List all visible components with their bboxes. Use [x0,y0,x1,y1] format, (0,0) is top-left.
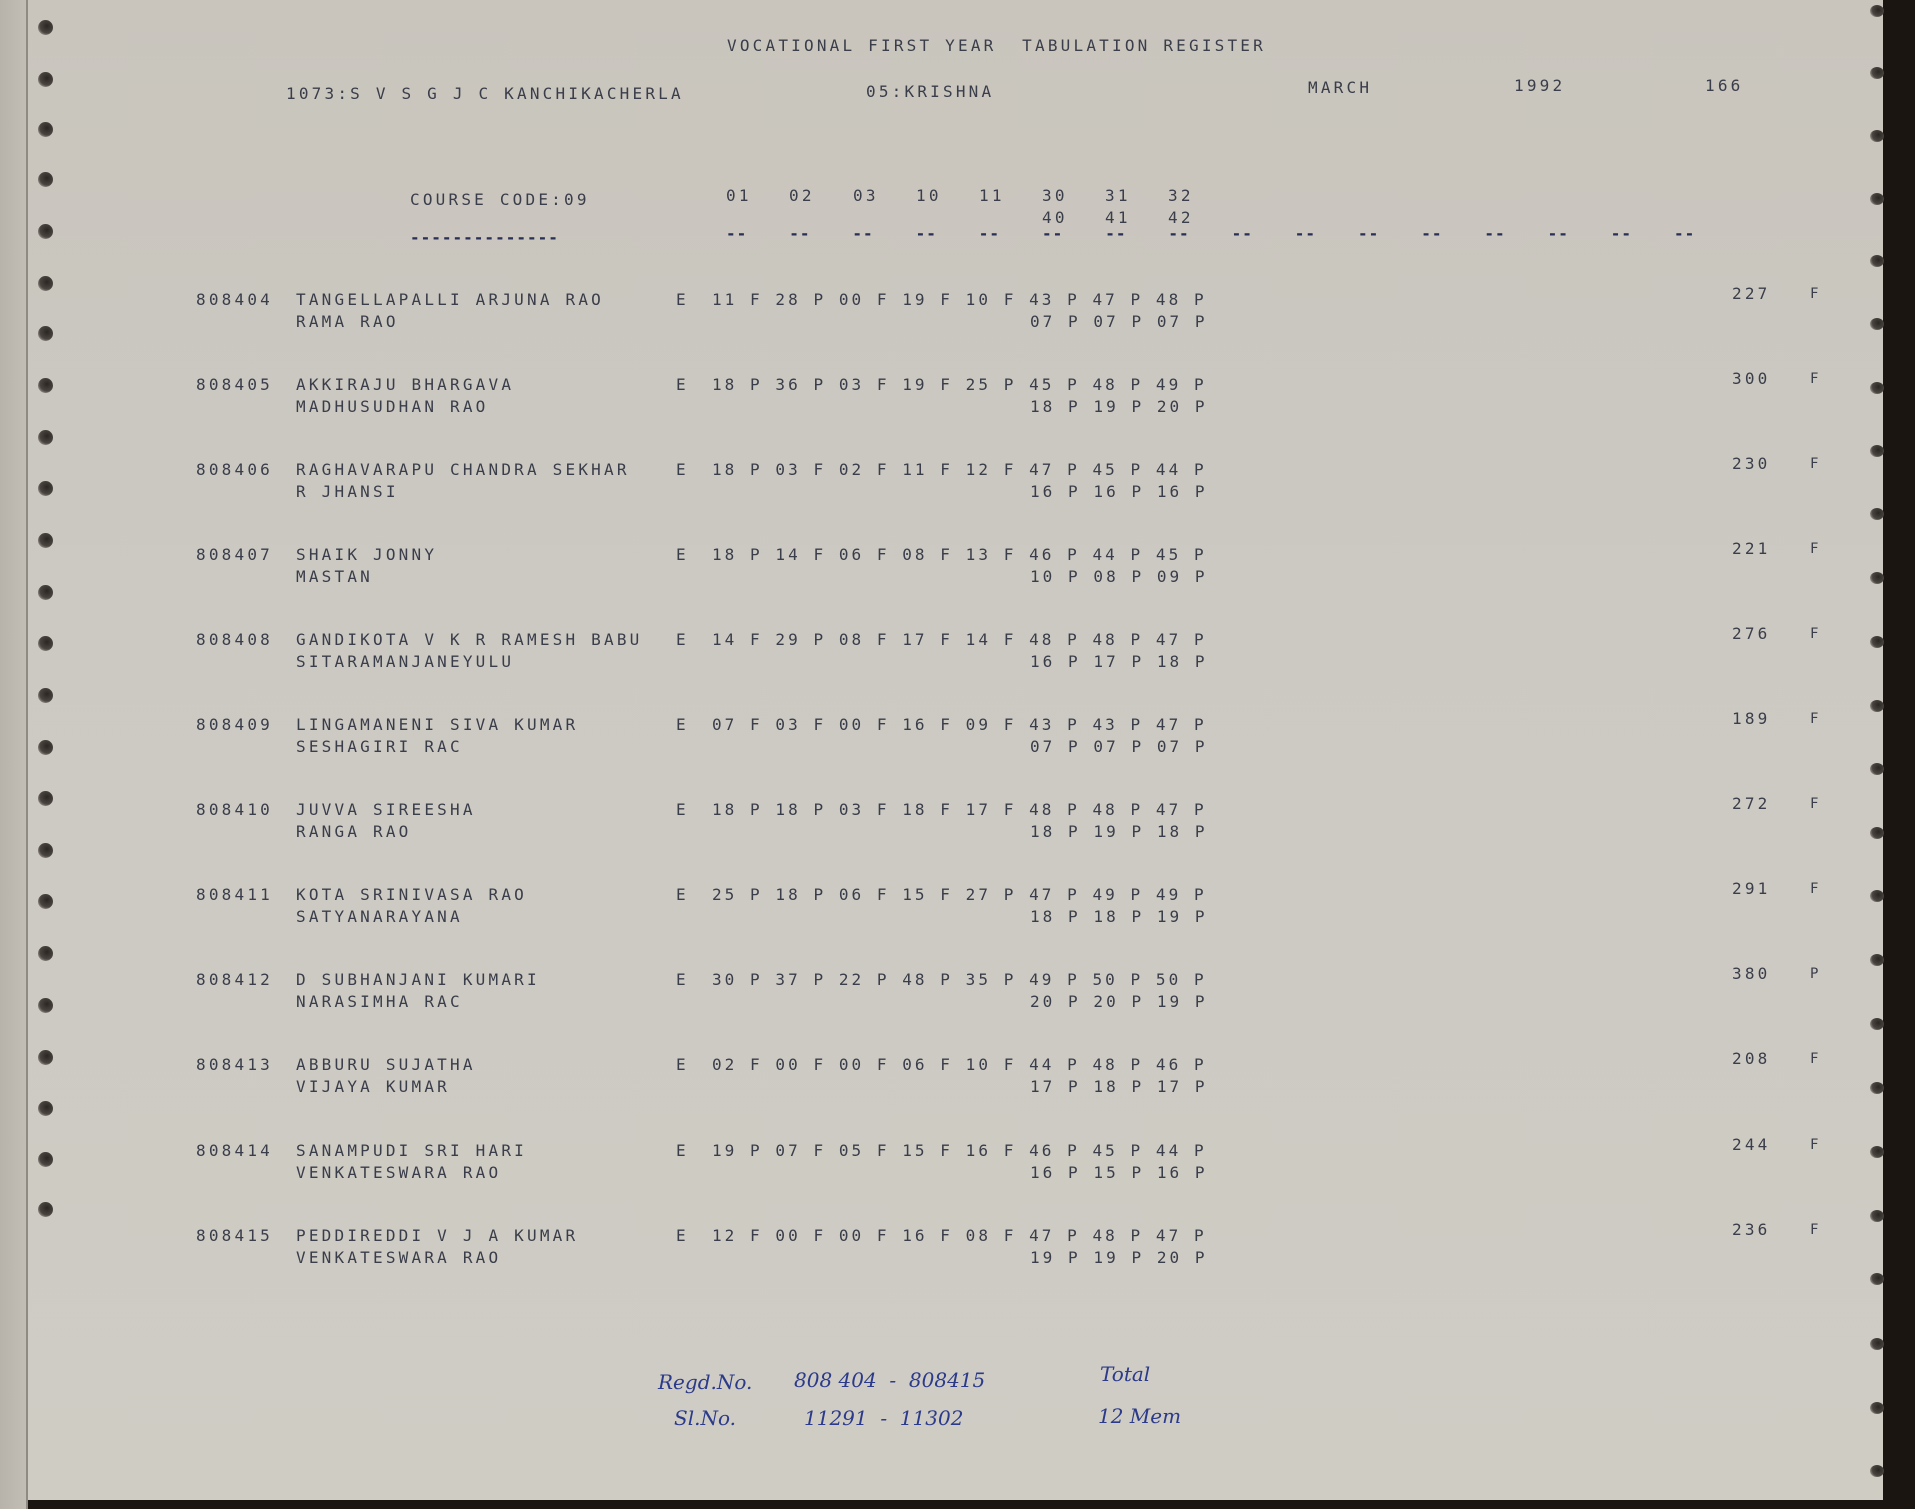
parent-name: SITARAMANJANEYULU [296,652,514,672]
column-separator: -- [979,224,1000,243]
total-marks: 272 [1732,794,1771,814]
parent-name: MADHUSUDHAN RAO [296,397,489,417]
marks-row-2: 10 P 08 P 09 P [1030,567,1208,587]
binder-hole-icon [1870,1210,1884,1222]
note-regd-range: 808 404 - 808415 [794,1368,985,1392]
marks-row-1: 19 P 07 F 05 F 15 F 16 F 46 P 45 P 44 P [712,1141,1207,1161]
binder-hole-icon [38,326,53,341]
total-marks: 208 [1732,1049,1771,1069]
total-marks: 236 [1732,1220,1771,1240]
binder-hole-icon [38,276,53,291]
result-status: P [1810,964,1822,984]
binder-hole-icon [38,72,53,87]
binder-hole-icon [38,1202,53,1217]
subject-code: 01 [726,186,752,206]
total-marks: 227 [1732,284,1771,304]
binder-hole-icon [1870,700,1884,712]
subject-code: 32 [1168,186,1194,206]
student-name: TANGELLAPALLI ARJUNA RAO [296,290,604,310]
regd-number: 808408 [196,630,273,650]
binder-hole-icon [38,1101,53,1116]
student-name: PEDDIREDDI V J A KUMAR [296,1226,578,1246]
marks-row-1: 02 F 00 F 00 F 06 F 10 F 44 P 48 P 46 P [712,1055,1207,1075]
result-status: F [1810,369,1822,389]
medium-code: E [676,885,689,905]
result-status: F [1810,284,1822,304]
column-separator: -- [1168,224,1189,243]
total-marks: 189 [1732,709,1771,729]
binder-hole-icon [38,224,53,239]
note-total-label: Total [1100,1362,1150,1386]
medium-code: E [676,1055,689,1075]
marks-row-2: 17 P 18 P 17 P [1030,1077,1208,1097]
regd-number: 808415 [196,1226,273,1246]
marks-row-1: 25 P 18 P 06 F 15 F 27 P 47 P 49 P 49 P [712,885,1207,905]
student-name: RAGHAVARAPU CHANDRA SEKHAR [296,460,630,480]
regd-number: 808410 [196,800,273,820]
page-number: 166 [1705,76,1744,96]
marks-row-2: 19 P 19 P 20 P [1030,1248,1208,1268]
marks-row-1: 11 F 28 P 00 F 19 F 10 F 43 P 47 P 48 P [712,290,1207,310]
regd-number: 808413 [196,1055,273,1075]
binder-hole-icon [1870,508,1884,520]
tabulation-register-page: VOCATIONAL FIRST YEAR TABULATION REGISTE… [28,0,1883,1500]
binder-hole-icon [38,791,53,806]
medium-code: E [676,1141,689,1161]
subject-code: 31 [1105,186,1131,206]
note-total-value: 12 Mem [1098,1404,1181,1428]
subject-code: 10 [916,186,942,206]
district: 05:KRISHNA [866,82,994,102]
result-status: F [1810,539,1822,559]
parent-name: RAMA RAO [296,312,399,332]
student-name: GANDIKOTA V K R RAMESH BABU [296,630,643,650]
column-separator: -- [1358,224,1379,243]
binder-hole-icon [1870,1082,1884,1094]
total-marks: 300 [1732,369,1771,389]
regd-number: 808406 [196,460,273,480]
student-name: SANAMPUDI SRI HARI [296,1141,527,1161]
regd-number: 808407 [196,545,273,565]
marks-row-2: 16 P 16 P 16 P [1030,482,1208,502]
marks-row-2: 18 P 19 P 18 P [1030,822,1208,842]
column-separator: -- [726,224,747,243]
total-marks: 244 [1732,1135,1771,1155]
binder-hole-icon [1870,1273,1884,1285]
total-marks: 291 [1732,879,1771,899]
marks-row-1: 12 F 00 F 00 F 16 F 08 F 47 P 48 P 47 P [712,1226,1207,1246]
medium-code: E [676,800,689,820]
binder-hole-icon [1870,572,1884,584]
medium-code: E [676,715,689,735]
marks-row-1: 18 P 18 P 03 F 18 F 17 F 48 P 48 P 47 P [712,800,1207,820]
binder-hole-icon [38,998,53,1013]
result-status: F [1810,709,1822,729]
exam-year: 1992 [1514,76,1565,96]
column-separator: -- [1611,224,1632,243]
binder-hole-icon [38,740,53,755]
column-separator: -- [789,224,810,243]
parent-name: MASTAN [296,567,373,587]
course-code-label: COURSE CODE:09 [410,190,590,210]
regd-number: 808411 [196,885,273,905]
binder-hole-icon [1870,255,1884,267]
student-name: ABBURU SUJATHA [296,1055,476,1075]
binder-hole-icon [38,688,53,703]
result-status: F [1810,794,1822,814]
result-status: F [1810,879,1822,899]
binder-hole-icon [1870,130,1884,142]
subject-code: 03 [853,186,879,206]
regd-number: 808414 [196,1141,273,1161]
result-status: F [1810,624,1822,644]
binder-hole-icon [1870,827,1884,839]
binder-hole-icon [1870,890,1884,902]
binder-hole-icon [38,585,53,600]
parent-name: NARASIMHA RAC [296,992,463,1012]
medium-code: E [676,375,689,395]
marks-row-1: 14 F 29 P 08 F 17 F 14 F 48 P 48 P 47 P [712,630,1207,650]
marks-row-1: 18 P 03 F 02 F 11 F 12 F 47 P 45 P 44 P [712,460,1207,480]
marks-row-1: 18 P 36 P 03 F 19 F 25 P 45 P 48 P 49 P [712,375,1207,395]
binder-strip [0,0,28,1509]
result-status: F [1810,454,1822,474]
medium-code: E [676,290,689,310]
marks-row-1: 30 P 37 P 22 P 48 P 35 P 49 P 50 P 50 P [712,970,1207,990]
medium-code: E [676,545,689,565]
student-name: AKKIRAJU BHARGAVA [296,375,514,395]
column-separator: -- [1548,224,1569,243]
binder-hole-icon [1870,445,1884,457]
parent-name: R JHANSI [296,482,399,502]
binder-hole-icon [1870,382,1884,394]
binder-hole-icon [38,843,53,858]
column-separator: -- [1232,224,1253,243]
parent-name: RANGA RAO [296,822,412,842]
binder-hole-icon [1870,5,1884,17]
column-separator: -- [1042,224,1063,243]
binder-hole-icon [38,430,53,445]
report-title: VOCATIONAL FIRST YEAR TABULATION REGISTE… [727,36,1266,56]
binder-hole-icon [38,894,53,909]
marks-row-2: 07 P 07 P 07 P [1030,312,1208,332]
column-separator: -- [916,224,937,243]
course-code-underline: -------------- [410,228,559,247]
binder-hole-icon [38,378,53,393]
marks-row-1: 18 P 14 F 06 F 08 F 13 F 46 P 44 P 45 P [712,545,1207,565]
marks-row-2: 18 P 19 P 20 P [1030,397,1208,417]
marks-row-2: 18 P 18 P 19 P [1030,907,1208,927]
total-marks: 276 [1732,624,1771,644]
binder-hole-icon [1870,1146,1884,1158]
column-separator: -- [1105,224,1126,243]
subject-code: 30 [1042,186,1068,206]
parent-name: VIJAYA KUMAR [296,1077,450,1097]
parent-name: SESHAGIRI RAC [296,737,463,757]
marks-row-2: 07 P 07 P 07 P [1030,737,1208,757]
parent-name: VENKATESWARA RAO [296,1163,501,1183]
parent-name: VENKATESWARA RAO [296,1248,501,1268]
total-marks: 380 [1732,964,1771,984]
medium-code: E [676,970,689,990]
note-regd-label: Regd.No. [658,1370,752,1394]
parent-name: SATYANARAYANA [296,907,463,927]
medium-code: E [676,460,689,480]
binder-hole-icon [1870,193,1884,205]
medium-code: E [676,1226,689,1246]
column-separator: -- [1421,224,1442,243]
binder-hole-icon [38,946,53,961]
student-name: KOTA SRINIVASA RAO [296,885,527,905]
college-name: 1073:S V S G J C KANCHIKACHERLA [286,84,684,104]
result-status: F [1810,1049,1822,1069]
marks-row-2: 20 P 20 P 19 P [1030,992,1208,1012]
binder-hole-icon [1870,318,1884,330]
column-separator: -- [1484,224,1505,243]
regd-number: 808409 [196,715,273,735]
student-name: SHAIK JONNY [296,545,437,565]
binder-hole-icon [1870,763,1884,775]
binder-hole-icon [38,1152,53,1167]
regd-number: 808405 [196,375,273,395]
binder-hole-icon [38,533,53,548]
total-marks: 230 [1732,454,1771,474]
note-sl-range: 11291 - 11302 [804,1406,963,1430]
result-status: F [1810,1220,1822,1240]
regd-number: 808404 [196,290,273,310]
column-separator: -- [852,224,873,243]
subject-code: 11 [979,186,1005,206]
regd-number: 808412 [196,970,273,990]
binder-hole-icon [1870,1465,1884,1477]
binder-hole-icon [38,1050,53,1065]
exam-month: MARCH [1308,78,1372,98]
student-name: JUVVA SIREESHA [296,800,476,820]
binder-hole-icon [1870,67,1884,79]
binder-hole-icon [38,172,53,187]
binder-hole-icon [38,636,53,651]
binder-hole-icon [1870,636,1884,648]
binder-hole-icon [1870,1018,1884,1030]
binder-hole-icon [1870,1338,1884,1350]
binder-hole-icon [38,481,53,496]
subject-code: 02 [789,186,815,206]
column-separator: -- [1674,224,1695,243]
student-name: D SUBHANJANI KUMARI [296,970,540,990]
total-marks: 221 [1732,539,1771,559]
result-status: F [1810,1135,1822,1155]
student-name: LINGAMANENI SIVA KUMAR [296,715,578,735]
marks-row-2: 16 P 17 P 18 P [1030,652,1208,672]
marks-row-2: 16 P 15 P 16 P [1030,1163,1208,1183]
binder-hole-icon [1870,1402,1884,1414]
medium-code: E [676,630,689,650]
marks-row-1: 07 F 03 F 00 F 16 F 09 F 43 P 43 P 47 P [712,715,1207,735]
binder-hole-icon [38,122,53,137]
column-separator: -- [1295,224,1316,243]
note-sl-label: Sl.No. [674,1406,736,1430]
binder-hole-icon [38,20,53,35]
binder-hole-icon [1870,954,1884,966]
